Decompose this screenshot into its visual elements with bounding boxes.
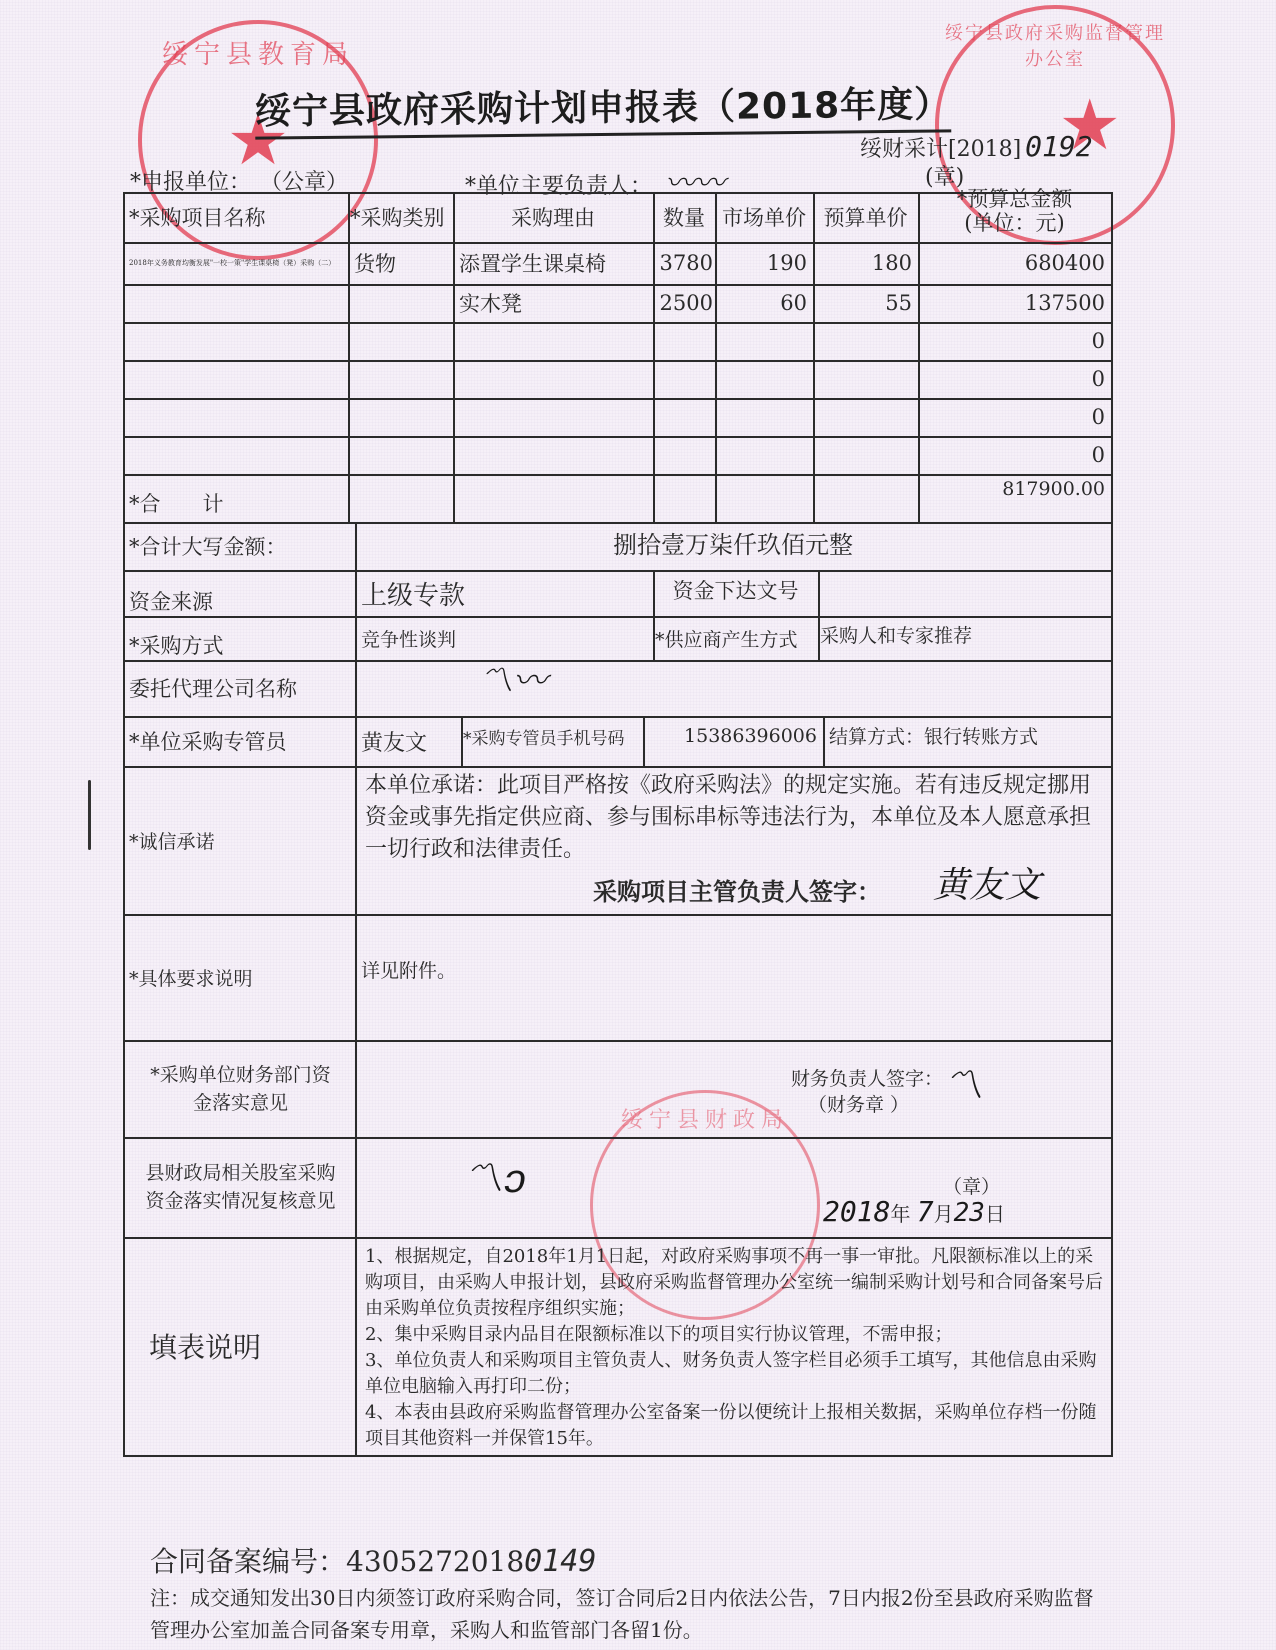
fund-doc-label: 资金下达文号: [653, 570, 818, 610]
header-project-name: *采购项目名称: [123, 192, 348, 242]
row3-total: 0: [918, 322, 1111, 360]
review-signature: 〽ↄ: [463, 1147, 527, 1205]
instruction-item: 3、单位负责人和采购项目主管负责人、财务负责人签字栏目必须手工填写，其他信息由采…: [365, 1348, 1105, 1400]
header-budget-price: 预算单价: [813, 192, 918, 242]
row2-total: 137500: [918, 284, 1111, 322]
contract-number: 合同备案编号：43052720180149: [150, 1540, 596, 1580]
row2-reason: 实木凳: [453, 284, 653, 322]
total-words-value: 捌拾壹万柒仟玖佰元整: [355, 522, 1111, 562]
row2-budget-price: 55: [813, 284, 918, 322]
finance-signature: 〽: [943, 1054, 983, 1111]
header-qty: 数量: [653, 192, 715, 242]
fund-source-value: 上级专款: [355, 570, 653, 616]
row2-market-price: 60: [715, 284, 813, 322]
integrity-text: 本单位承诺：此项目严格按《政府采购法》的规定实施。若有违反规定挪用资金或事先指定…: [365, 770, 1105, 866]
scan-margin-mark: [88, 780, 91, 850]
settlement-field: 结算方式：银行转账方式: [823, 716, 1111, 754]
review-date: 2018年 7月23日: [823, 1195, 1005, 1228]
header-total: *预算总金额 (单位：元): [918, 180, 1111, 242]
method-label: *采购方式: [123, 616, 355, 660]
officer-value: 黄友文: [355, 716, 461, 766]
total-value: 817900.00: [918, 474, 1111, 504]
row1-budget-price: 180: [813, 242, 918, 284]
finance-sign-label: 财务负责人签字：: [791, 1064, 943, 1091]
page-title: 绥宁县政府采购计划申报表（2018年度）: [255, 76, 952, 139]
integrity-label: *诚信承诺: [123, 766, 355, 914]
requirements-label: *具体要求说明: [123, 914, 355, 1040]
reference-number: 绥财采计[2018]0192: [860, 130, 1093, 163]
row1-total: 680400: [918, 242, 1111, 284]
instructions-list: 1、根据规定，自2018年1月1日起，对政府采购事项不再一事一审批。凡限额标准以…: [365, 1244, 1105, 1452]
integrity-sign-label: 采购项目主管负责人签字：: [593, 872, 881, 907]
phone-label: *采购专管员手机号码: [461, 716, 643, 756]
finance-label: *采购单位财务部门资金落实意见: [143, 1040, 338, 1137]
row4-total: 0: [918, 360, 1111, 398]
instruction-item: 4、本表由县政府采购监督管理办公室备案一份以便统计上报相关数据，采购单位存档一份…: [365, 1400, 1105, 1452]
instruction-item: 1、根据规定，自2018年1月1日起，对政府采购事项不再一事一审批。凡限额标准以…: [365, 1244, 1105, 1322]
row1-market-price: 190: [715, 242, 813, 284]
supplier-label: *供应商产生方式: [653, 616, 818, 660]
total-words-label: *合计大写金额：: [123, 522, 355, 570]
footer-note: 注：成交通知发出30日内须签订政府采购合同，签订合同后2日内依法公告，7日内报2…: [150, 1582, 1100, 1646]
finance-seal-note: （财务章 ）: [808, 1090, 909, 1117]
row1-name: 2018年义务教育均衡发展"一校一策"学生课桌椅（凳）采购（二）: [123, 242, 348, 284]
header-category: *采购类别: [348, 192, 453, 242]
handwritten-contract-suffix: 0149: [524, 1544, 596, 1579]
total-label: *合 计: [123, 474, 348, 522]
officer-label: *单位采购专管员: [123, 716, 355, 766]
row2-qty: 2500: [653, 284, 715, 322]
row1-qty: 3780: [653, 242, 715, 284]
row6-total: 0: [918, 436, 1111, 474]
phone-value: 15386396006: [643, 716, 823, 756]
agent-label: 委托代理公司名称: [123, 660, 355, 716]
fund-source-label: 资金来源: [123, 570, 355, 616]
review-label: 县财政局相关股室采购资金落实情况复核意见: [133, 1137, 348, 1237]
instruction-item: 2、集中采购目录内品目在限额标准以下的项目实行协议管理，不需申报；: [365, 1322, 1105, 1348]
row1-reason: 添置学生课桌椅: [453, 242, 653, 284]
instructions-label: 填表说明: [143, 1237, 353, 1455]
handwritten-ref: 0192: [1025, 130, 1092, 163]
agent-handwritten-value: 〽〰: [473, 652, 673, 702]
procurement-table: *采购项目名称 *采购类别 采购理由 数量 市场单价 预算单价 *预算总金额 (…: [123, 192, 1113, 1457]
header-market-price: 市场单价: [715, 192, 813, 242]
fund-doc-value: [818, 570, 1111, 616]
supplier-value: 采购人和专家推荐: [818, 616, 1111, 652]
integrity-signature: 黄友文: [933, 857, 1041, 908]
row1-category: 货物: [348, 242, 453, 284]
header-reason: 采购理由: [453, 192, 653, 242]
requirements-value: 详见附件。: [355, 914, 655, 1024]
row5-total: 0: [918, 398, 1111, 436]
